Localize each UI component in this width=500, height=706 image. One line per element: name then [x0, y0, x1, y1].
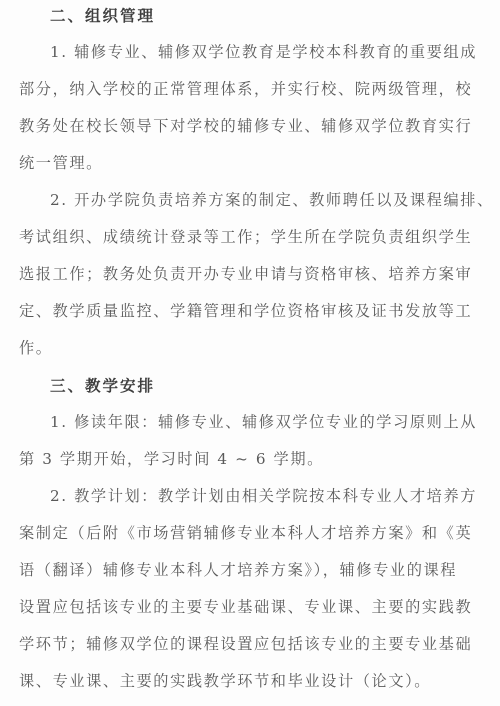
paragraph-line: 2. 开办学院负责培养方案的制定、教师聘任以及课程编排、	[50, 189, 494, 210]
paragraph-line: 学环节；辅修双学位的课程设置应包括该专业的主要专业基础	[19, 633, 472, 654]
paragraph-line: 考试组织、成绩统计登录等工作；学生所在学院负责组织学生	[19, 226, 472, 247]
paragraph-line: 语（翻译）辅修专业本科人才培养方案》），辅修专业的课程	[19, 559, 457, 580]
paragraph-line: 教务处在校长领导下对学校的辅修专业、辅修双学位教育实行	[19, 115, 472, 136]
paragraph-line: 案制定（后附《市场营销辅修专业本科人才培养方案》和《英	[19, 522, 472, 543]
paragraph-line: 统一管理。	[19, 152, 103, 173]
paragraph-line: 作。	[19, 337, 53, 358]
section-heading-teaching: 三、教学安排	[50, 374, 155, 396]
paragraph-line: 第 3 学期开始，学习时间 4 ~ 6 学期。	[19, 448, 324, 469]
paragraph-line: 部分，纳入学校的正常管理体系，并实行校、院两级管理，校	[19, 78, 472, 99]
paragraph-line: 1. 修读年限：辅修专业、辅修双学位专业的学习原则上从	[50, 411, 477, 432]
paragraph-line: 1. 辅修专业、辅修双学位教育是学校本科教育的重要组成	[50, 41, 477, 62]
paragraph-line: 课、专业课、主要的实践教学环节和毕业设计（论文）。	[19, 670, 431, 691]
paragraph-line: 定、教学质量监控、学籍管理和学位资格审核及证书发放等工	[19, 300, 472, 321]
paragraph-line: 选报工作；教务处负责开办专业申请与资格审核、培养方案审	[19, 263, 472, 284]
paragraph-line: 2. 教学计划：教学计划由相关学院按本科专业人才培养方	[50, 485, 477, 506]
section-heading-organization: 二、组织管理	[50, 4, 155, 26]
paragraph-line: 设置应包括该专业的主要专业基础课、专业课、主要的实践教	[19, 596, 472, 617]
